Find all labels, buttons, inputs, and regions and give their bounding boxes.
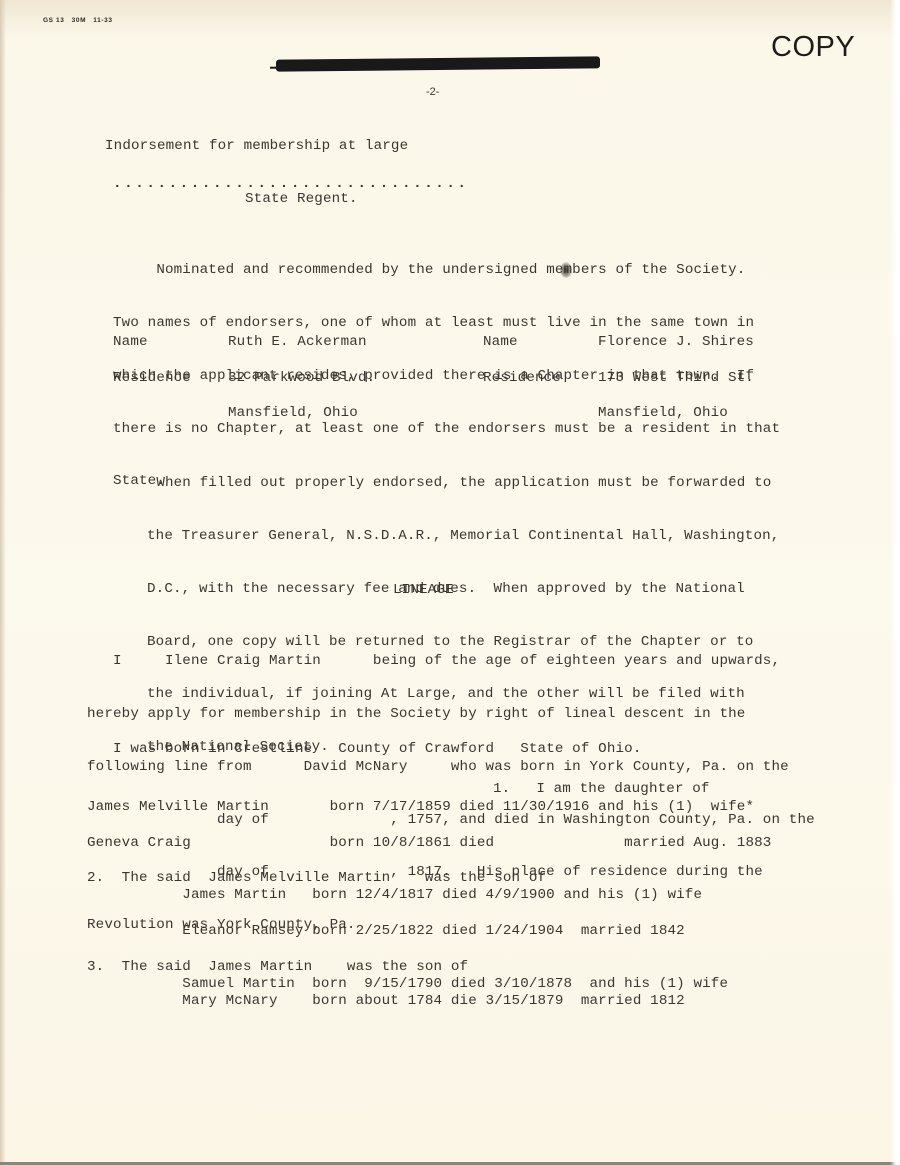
generation-1-mother: Geneva Craig born 10/8/1861 died married… — [87, 835, 771, 853]
lineage-title: LINEAGE — [393, 582, 454, 600]
endorser-1-name-label: Name — [113, 334, 148, 352]
application-line: hereby apply for membership in the Socie… — [87, 706, 815, 724]
endorser-2-street: 173 West Third St. — [598, 370, 754, 388]
copy-stamp: COPY — [771, 31, 855, 64]
ink-blot — [560, 262, 572, 278]
endorser-1-residence-label: Residence — [113, 370, 191, 388]
instruction-line: Two names of endorsers, one of whom at l… — [113, 315, 780, 333]
generation-1-heading: 1. I am the daughter of — [493, 781, 710, 799]
document-page: GS 13 30M 11-33 COPY -2- Indorsement for… — [0, 0, 900, 1165]
page-number: -2- — [426, 86, 439, 98]
endorser-2-name-label: Name — [483, 334, 518, 352]
state-regent-label: State Regent. — [245, 191, 358, 209]
endorser-1-name: Ruth E. Ackerman — [228, 334, 367, 352]
application-line: following line from David McNary who was… — [87, 759, 815, 777]
forwarding-line: When filled out properly endorsed, the a… — [113, 475, 779, 493]
instruction-line: Nominated and recommended by the undersi… — [113, 262, 780, 280]
generation-3-heading: 3. The said James Martin was the son of — [87, 959, 468, 977]
generation-3-mother: Mary McNary born about 1784 die 3/15/187… — [87, 993, 685, 1011]
endorser-1-city: Mansfield, Ohio — [228, 405, 358, 423]
birthplace-line: I was born in Crestline County of Crawfo… — [113, 741, 642, 759]
struck-out-line — [276, 56, 600, 71]
forwarding-line: the Treasurer General, N.S.D.A.R., Memor… — [113, 528, 779, 546]
application-line: I Ilene Craig Martin being of the age of… — [87, 653, 815, 671]
generation-2-heading: 2. The said James Melville Martin was th… — [87, 870, 546, 888]
generation-3-father: Samuel Martin born 9/15/1790 died 3/10/1… — [87, 976, 728, 994]
generation-2-father: James Martin born 12/4/1817 died 4/9/190… — [87, 887, 702, 905]
generation-2-mother: Eleanor Ramsey born 2/25/1822 died 1/24/… — [87, 923, 685, 941]
endorser-2-name: Florence J. Shires — [598, 334, 754, 352]
endorsement-title: Indorsement for membership at large — [105, 138, 408, 156]
endorser-1-street: 32 Parkwood Blvd. — [228, 370, 375, 388]
instruction-line: there is no Chapter, at least one of the… — [113, 421, 780, 439]
endorser-2-city: Mansfield, Ohio — [598, 405, 728, 423]
endorser-2-residence-label: Residence — [483, 370, 561, 388]
form-code: GS 13 30M 11-33 — [43, 17, 113, 24]
generation-1-father: James Melville Martin born 7/17/1859 die… — [87, 799, 754, 817]
